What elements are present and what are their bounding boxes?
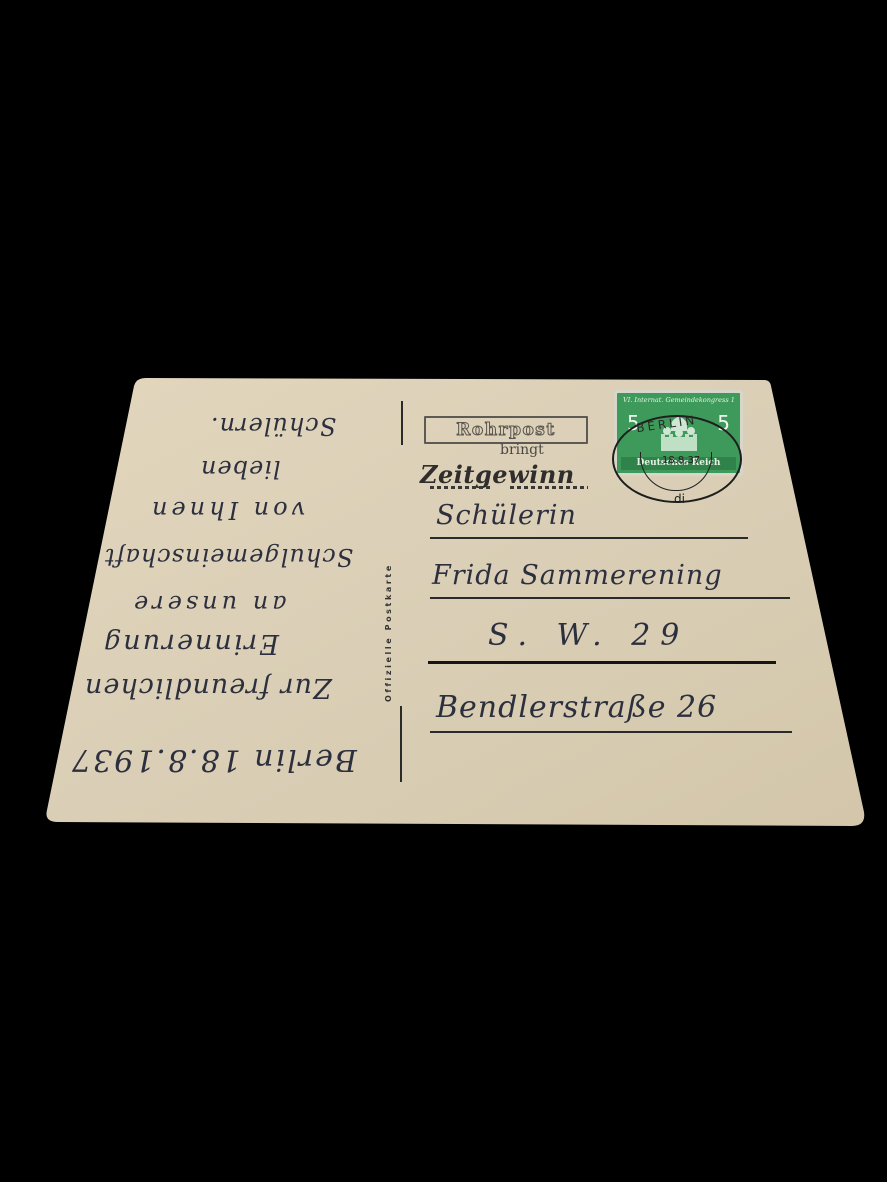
photo-stage: Offizielle Postkarte Rohrpost bringt Zei…: [0, 0, 887, 1182]
postcard: [0, 0, 887, 1182]
